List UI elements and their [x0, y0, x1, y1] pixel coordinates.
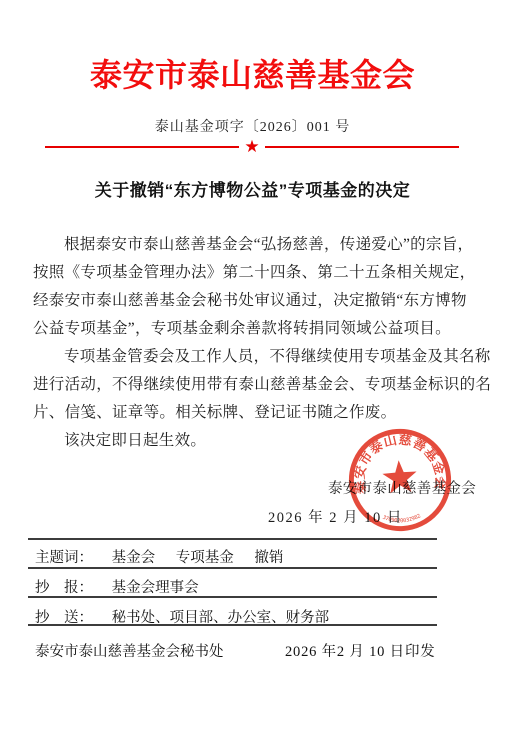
seal-star-icon [382, 459, 418, 494]
body-line: 经泰安市泰山慈善基金会秘书处审议通过，决定撤销“东方博物 [33, 287, 493, 315]
document-page: 泰安市泰山慈善基金会 泰山基金项字〔2026〕001 号 ★ 关于撤销“东方博物… [0, 0, 505, 733]
subject-keyword: 基金会 [112, 550, 156, 566]
divider-line [28, 567, 437, 569]
subject-keyword: 专项基金 [176, 550, 234, 566]
body-line: 公益专项基金”，专项基金剩余善款将转捐同领域公益项目。 [33, 315, 493, 343]
document-title: 关于撤销“东方博物公益”专项基金的决定 [0, 176, 505, 201]
issue-date: 2026 年2 月 10 日印发 [285, 640, 436, 661]
doc-number: 泰山基金项字〔2026〕001 号 [0, 116, 505, 136]
star-icon: ★ [244, 138, 259, 155]
body-line: 专项基金管委会及工作人员，不得继续使用专项基金及其名称 [33, 343, 493, 371]
copy-send-label: 抄 送： [35, 609, 108, 627]
body-line: 根据泰安市泰山慈善基金会“弘扬慈善，传递爱心”的宗旨， [33, 231, 493, 259]
copy-report-value: 基金会理事会 [112, 580, 199, 596]
red-rule-right [265, 146, 459, 148]
body-line: 进行活动，不得继续使用带有泰山慈善基金会、专项基金标识的名 [33, 371, 493, 399]
copy-send-value: 秘书处、项目部、办公室、财务部 [112, 610, 330, 626]
red-rule: ★ [45, 138, 459, 156]
red-rule-left [45, 146, 239, 148]
copy-send-row: 抄 送： 秘书处、项目部、办公室、财务部 [35, 609, 329, 627]
body-paragraphs: 根据泰安市泰山慈善基金会“弘扬慈善，传递爱心”的宗旨，按照《专项基金管理办法》第… [33, 231, 493, 455]
official-seal-stamp: 泰安市泰山慈善基金会 3709020032982 [342, 422, 457, 537]
body-line: 片、信笺、证章等。相关标牌、登记证书随之作废。 [33, 399, 493, 427]
divider-line [28, 538, 437, 540]
subject-terms-row: 主题词： 基金会 专项基金 撤销 [35, 549, 300, 567]
letterhead-org-name: 泰安市泰山慈善基金会 [0, 54, 505, 96]
issuer-name: 泰安市泰山慈善基金会秘书处 [35, 640, 224, 661]
copy-report-label: 抄 报： [35, 579, 108, 597]
subject-terms-label: 主题词： [35, 549, 108, 567]
subject-keyword: 撤销 [254, 550, 283, 566]
copy-report-row: 抄 报： 基金会理事会 [35, 579, 199, 597]
body-line: 按照《专项基金管理办法》第二十四条、第二十五条相关规定， [33, 259, 493, 287]
